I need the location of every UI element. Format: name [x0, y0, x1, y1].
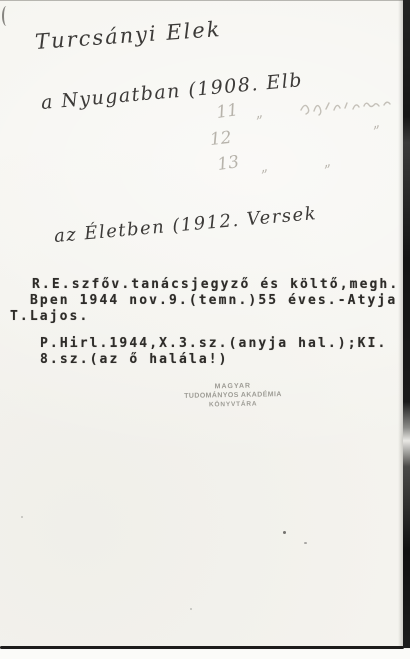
handwritten-name: Turcsányi Elek: [34, 17, 222, 54]
pencil-ditto-mark: „: [258, 159, 269, 176]
ink-speck: [304, 542, 307, 544]
ink-speck: [21, 516, 23, 518]
typed-bio-line-3: T.Lajos.: [10, 309, 89, 324]
typed-reference-line-1: P.Hirl.1944,X.3.sz.(anyja hal.);KI.: [40, 336, 387, 351]
scanned-card: Turcsányi Elek a Nyugatban (1908. Elb 11…: [0, 0, 410, 659]
pencil-ditto-mark: „: [321, 154, 332, 171]
scan-bottom-margin: [0, 649, 410, 659]
scan-top-edge: [0, 0, 410, 1]
handwritten-elet-line: az Életben (1912. Versek: [53, 203, 318, 247]
ink-speck: [190, 608, 192, 610]
typed-bio-line-1: R.E.szfőv.tanácsjegyző és költő,megh.: [32, 277, 399, 292]
pencil-scribble-illegible: [298, 96, 398, 122]
scan-right-edge: [403, 0, 410, 648]
pencil-number-11: 11: [215, 100, 239, 123]
typed-reference-line-2: 8.sz.(az ő halála!): [40, 352, 229, 367]
pencil-number-12: 12: [209, 128, 233, 150]
pencil-ditto-mark: „: [253, 105, 264, 122]
library-stamp: MAGYAR TUDOMÁNYOS AKADÉMIA KÖNYVTÁRA: [178, 381, 288, 411]
typed-bio-line-2: Bpen 1944 nov.9.(temn.)55 éves.-Atyja: [30, 293, 397, 308]
scan-corner-mark: [2, 6, 11, 26]
ink-speck: [283, 531, 286, 534]
pencil-number-13: 13: [216, 152, 240, 175]
handwritten-nyugat-line: a Nyugatban (1908. Elb: [40, 69, 304, 114]
